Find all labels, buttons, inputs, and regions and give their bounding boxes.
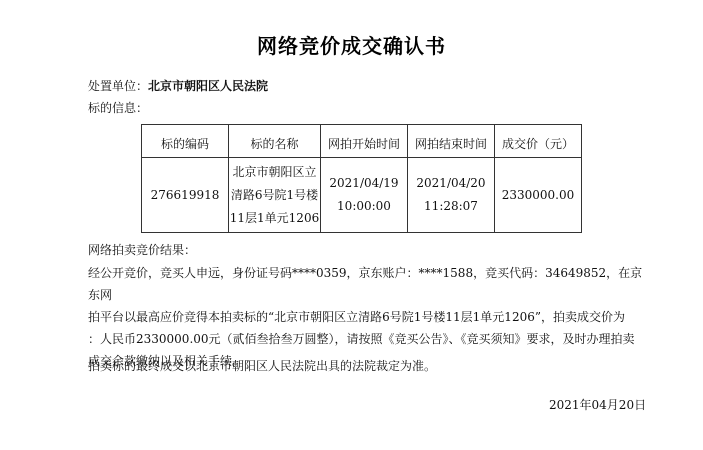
document-date: 2021年04月20日 — [549, 396, 646, 413]
start-date: 2021/04/19 — [321, 172, 407, 195]
result-paragraph: 经公开竞价，竞买人申远，身份证号码****0359，京东账户：****1588，… — [88, 262, 648, 372]
header-price: 成交价（元） — [495, 125, 582, 158]
cell-code: 276619918 — [142, 158, 229, 233]
header-start-time: 网拍开始时间 — [321, 125, 408, 158]
result-heading: 网络拍卖竞价结果： — [88, 243, 196, 257]
result-line: ：人民币2330000.00元（贰佰叁拾叁万圆整），请按照《竞买公告》、《竞买须… — [88, 328, 648, 350]
result-line: 拍平台以最高应价竞得本拍卖标的“北京市朝阳区立清路6号院1号楼11层1单元120… — [88, 306, 648, 328]
name-line: 北京市朝阳区立 — [229, 161, 320, 184]
result-line: 经公开竞价，竞买人申远，身份证号码****0359，京东账户：****1588，… — [88, 262, 648, 306]
cell-name: 北京市朝阳区立 清路6号院1号楼 11层1单元1206 — [229, 158, 321, 233]
disposal-unit-label: 处置单位： — [88, 79, 148, 93]
end-time: 11:28:07 — [408, 195, 494, 218]
end-date: 2021/04/20 — [408, 172, 494, 195]
subject-info-table: 标的编码 标的名称 网拍开始时间 网拍结束时间 成交价（元） 276619918… — [141, 124, 582, 233]
disposal-unit: 处置单位：北京市朝阳区人民法院 — [88, 79, 268, 93]
name-line: 清路6号院1号楼 — [229, 184, 320, 207]
header-code: 标的编码 — [142, 125, 229, 158]
cell-end-time: 2021/04/20 11:28:07 — [408, 158, 495, 233]
disposal-unit-value: 北京市朝阳区人民法院 — [148, 79, 268, 93]
start-time: 10:00:00 — [321, 195, 407, 218]
table-header-row: 标的编码 标的名称 网拍开始时间 网拍结束时间 成交价（元） — [142, 125, 582, 158]
header-end-time: 网拍结束时间 — [408, 125, 495, 158]
final-note: 拍卖标的最终成交以北京市朝阳区人民法院出具的法院裁定为准。 — [88, 359, 436, 373]
table-row: 276619918 北京市朝阳区立 清路6号院1号楼 11层1单元1206 20… — [142, 158, 582, 233]
name-line: 11层1单元1206 — [229, 207, 320, 230]
cell-start-time: 2021/04/19 10:00:00 — [321, 158, 408, 233]
subject-info-label: 标的信息： — [88, 101, 148, 115]
cell-price: 2330000.00 — [495, 158, 582, 233]
header-name: 标的名称 — [229, 125, 321, 158]
document-title: 网络竞价成交确认书 — [0, 30, 703, 59]
